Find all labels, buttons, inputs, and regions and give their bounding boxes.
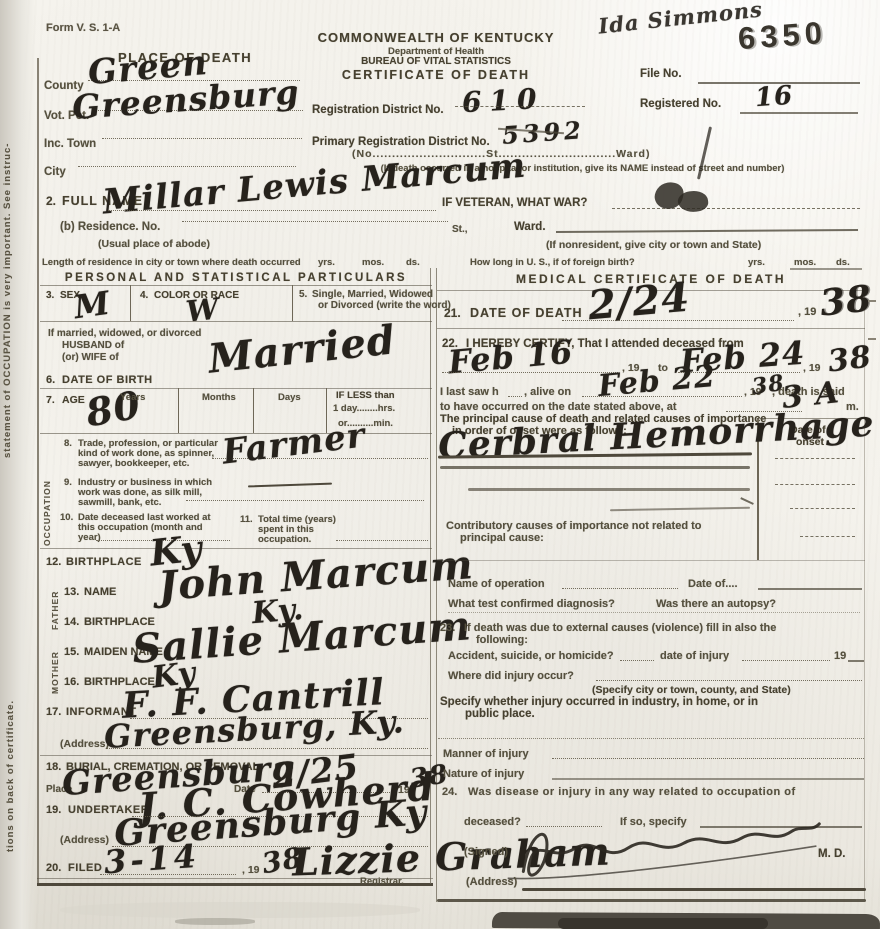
city-line [78, 166, 296, 167]
dod-no: 21. [444, 306, 461, 320]
foreign-mos: mos. [794, 257, 816, 268]
marital-line2: or Divorced (write the word) [318, 300, 451, 311]
ifless-line2: 1 day........hrs. [333, 403, 395, 414]
m5a-line2: HUSBAND of [62, 340, 124, 351]
last-saw-h-line [508, 396, 522, 397]
o8-line3: sawyer, bookkeeper, etc. [78, 458, 189, 469]
cause-hand-tick [740, 497, 754, 505]
nonresident-note: (If nonresident, give city or town and S… [546, 239, 761, 251]
dob-label: DATE OF BIRTH [62, 374, 153, 386]
filed-no: 20. [46, 862, 61, 874]
race-value: W [184, 291, 221, 328]
father-name-label: NAME [84, 586, 116, 598]
q23-no: 23. [440, 622, 455, 634]
occurred-text: to have occurred on the date stated abov… [440, 401, 677, 413]
father-vertical-label: FATHER [50, 578, 60, 630]
manner-label: Manner of injury [443, 748, 529, 760]
cause-rule-4 [610, 507, 750, 512]
where-label: Where did injury occur? [448, 670, 574, 682]
sex-value: M [72, 284, 113, 327]
frame-right-border [864, 292, 865, 900]
q24-no: 24. [442, 786, 457, 798]
full-name-no: 2. [46, 194, 56, 208]
q24-line1: Was disease or injury in any way related… [468, 786, 796, 798]
certificate-title: CERTIFICATE OF DEATH [300, 68, 572, 82]
frame-left-border [37, 58, 39, 884]
filed-label: FILED [68, 862, 102, 874]
o10-no: 10. [60, 512, 73, 523]
informant-no: 17. [46, 706, 61, 718]
inc-town-label: Inc. Town [44, 138, 96, 150]
primary-district-label: Primary Registration District No. [312, 136, 490, 148]
margin-note-bottom: tions on back of certificate. [5, 452, 16, 852]
filed-line [100, 874, 236, 875]
age-value: 80 [83, 382, 145, 436]
marital-no: 5. [299, 289, 307, 300]
length-residence-label: Length of residence in city or town wher… [42, 257, 301, 268]
o8-no: 8. [64, 438, 72, 449]
last-saw-2: , alive on [524, 386, 571, 398]
manner-line [552, 758, 864, 759]
autopsy-label: Was there an autopsy? [656, 598, 776, 610]
contrib-line1: Contributory causes of importance not re… [446, 520, 701, 532]
file-no-label: File No. [640, 68, 682, 80]
burial-no: 18. [46, 761, 61, 773]
full-name-line [108, 210, 436, 211]
where-line [596, 680, 862, 681]
m5a-line1: If married, widowed, or divorced [48, 328, 201, 339]
foreign-ds: ds. [836, 257, 850, 268]
occupation-vertical-label: OCCUPATION [42, 436, 52, 546]
onset-dash-2 [775, 484, 855, 485]
accident-label: Accident, suicide, or homicide? [448, 650, 614, 662]
dod-line [562, 320, 794, 321]
onset-dash-4 [800, 536, 855, 537]
cause-rule-2 [440, 466, 750, 469]
filed-year-prefix: , 19 [242, 864, 260, 876]
certificate-stamp-number: 6350 [737, 15, 828, 57]
ifless-line1: IF LESS than [336, 390, 395, 401]
attended-from-line [442, 372, 618, 373]
address-heavy-line [522, 888, 866, 891]
mother-vertical-label: MOTHER [50, 638, 60, 694]
residence-label: (b) Residence. No. [60, 221, 160, 233]
onset-dash-3 [790, 508, 855, 509]
scan-dark-streak [492, 912, 880, 929]
o11-line [336, 540, 428, 541]
abode-note: (Usual place of abode) [98, 238, 210, 250]
test-label: What test confirmed diagnosis? [448, 598, 615, 610]
injury-date-line [742, 660, 830, 661]
foreign-ds-smudge [790, 268, 862, 270]
o10-line3: year) [78, 532, 101, 543]
injury-year: 19 [834, 650, 846, 662]
specify-line1: Specify whether injury occurred in indus… [440, 696, 758, 708]
age-label: AGE [62, 394, 85, 406]
test-line [448, 612, 860, 613]
father-name-value: John Marcum [157, 541, 475, 610]
o9-line3: sawmill, bank, etc. [78, 497, 161, 508]
age-no: 7. [46, 394, 55, 406]
scan-dark-streak-core [558, 918, 768, 929]
father-bp-no: 14. [64, 616, 79, 628]
personal-section-title: PERSONAL AND STATISTICAL PARTICULARS [40, 272, 432, 284]
marital-status-value: Married [206, 316, 398, 382]
undertaker-no: 19. [46, 804, 61, 816]
bp-no: 12. [46, 556, 61, 568]
dod-label: DATE OF DEATH [470, 306, 583, 320]
dob-no: 6. [46, 374, 55, 386]
cause-rule-3 [468, 488, 750, 491]
bottom-heavy-line [437, 899, 866, 902]
registration-district-label: Registration District No. [312, 104, 444, 116]
accident-line [620, 660, 654, 661]
o11-line3: occupation. [258, 534, 311, 545]
o9-line [186, 500, 424, 501]
veteran-line [612, 208, 860, 209]
registered-no-label: Registered No. [640, 98, 721, 110]
specify-line2: public place. [465, 708, 535, 720]
physician-signature [498, 797, 831, 886]
nature-smudge [552, 778, 864, 780]
injury-date-label: date of injury [660, 650, 729, 662]
informant-addr-label: (Address) [60, 738, 109, 750]
dod-value: 2/24 [586, 274, 692, 330]
q23-line2: following: [476, 634, 528, 646]
q23-line1: If death was due to external causes (vio… [464, 622, 776, 634]
date-of-label: Date of.... [688, 578, 738, 590]
registration-district-line [455, 106, 585, 107]
cell-line [253, 388, 254, 433]
rule [437, 328, 865, 329]
date-of-smudge [758, 588, 862, 590]
marital-line1: Single, Married, Widowed [312, 289, 433, 300]
veteran-label: IF VETERAN, WHAT WAR? [442, 197, 587, 209]
margin-note-top: statement of OCCUPATION is very importan… [2, 22, 13, 458]
residence-st-label: St., [452, 224, 468, 235]
months-label: Months [202, 392, 236, 403]
public-place-line [438, 738, 864, 739]
bp-label: BIRTHPLACE [66, 556, 142, 568]
foreign-yrs: yrs. [748, 257, 765, 268]
residence-hand-line [556, 229, 858, 233]
operation-line [562, 588, 678, 589]
cell-line [130, 285, 131, 321]
specify-note: (Specify city or town, county, and State… [592, 684, 791, 696]
registration-district-value: 610 [461, 82, 545, 119]
length-ds: ds. [406, 257, 420, 268]
dod-year-value: 38 [818, 277, 874, 324]
cell-line [292, 285, 293, 321]
scan-smudge-left [60, 902, 420, 918]
cell-line [178, 388, 179, 433]
attended-to-year: 38 [826, 339, 874, 379]
length-mos: mos. [362, 257, 384, 268]
operation-label: Name of operation [448, 578, 545, 590]
mother-bp-no: 16. [64, 676, 79, 688]
o9-hand-dash [248, 483, 332, 488]
o9-no: 9. [64, 477, 72, 488]
residence-ward-label: Ward. [514, 221, 546, 233]
mother-name-no: 15. [64, 646, 79, 658]
death-certificate-scan: statement of OCCUPATION is very importan… [0, 0, 880, 929]
injury-year-line [848, 660, 864, 662]
undertaker-addr-label: (Address) [60, 834, 109, 846]
bureau-subtitle: BUREAU OF VITAL STATISTICS [300, 56, 572, 67]
form-number: Form V. S. 1-A [46, 22, 120, 34]
years-label: Years [120, 392, 145, 403]
last-saw-1: I last saw h [440, 386, 499, 398]
inc-town-line [102, 138, 302, 139]
scan-smudge-small [175, 918, 255, 925]
contrib-line2: principal cause: [460, 532, 544, 544]
registered-no-value: 16 [754, 81, 794, 114]
length-yrs: yrs. [318, 257, 335, 268]
registrar-label: Registrar. [360, 876, 404, 887]
days-label: Days [278, 392, 301, 403]
nature-label: Nature of injury [443, 768, 524, 780]
m5a-line3: (or) WIFE of [62, 352, 119, 363]
race-no: 4. [140, 290, 148, 301]
dod-year-prefix: , 19 [798, 306, 816, 318]
rule [437, 560, 865, 561]
year-prefix-2: , 19 [803, 362, 821, 374]
foreign-birth-label: How long in U. S., if of foreign birth? [470, 257, 635, 268]
last-saw-value: Feb 22 [597, 359, 718, 404]
city-label: City [44, 166, 66, 178]
onset-dash-1 [775, 458, 855, 459]
md-label: M. D. [818, 848, 845, 860]
residence-line [182, 221, 448, 222]
father-name-no: 13. [64, 586, 79, 598]
commonwealth-title: COMMONWEALTH OF KENTUCKY [300, 30, 572, 45]
address-label: (Address) [466, 876, 517, 888]
sex-no: 3. [46, 290, 54, 301]
registered-no-line [740, 112, 858, 114]
o11-no: 11. [240, 514, 253, 525]
occupation-value: Farmer [220, 415, 368, 472]
